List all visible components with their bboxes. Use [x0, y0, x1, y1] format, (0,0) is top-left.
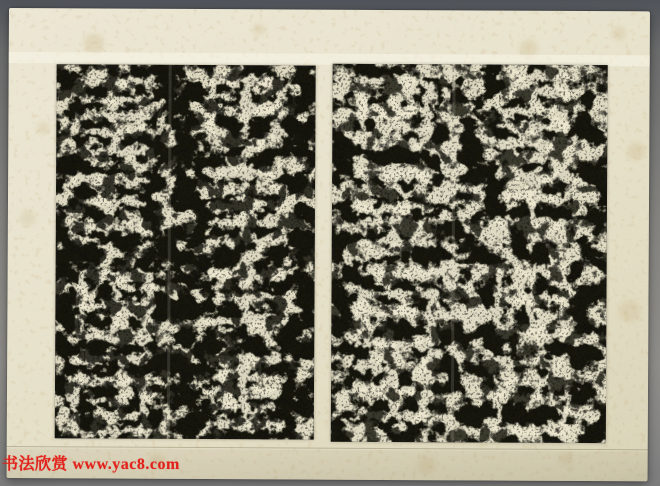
photo-of-rubbing: 书法欣赏 www.yac8.com: [0, 0, 660, 486]
right-rubbing-panel: [331, 64, 608, 443]
left-rubbing-panel: [55, 64, 316, 439]
right-panel-rubbing-texture: [331, 64, 608, 443]
watermark-text: 书法欣赏 www.yac8.com: [2, 451, 180, 474]
paper-sheet: [7, 8, 650, 481]
left-panel-rubbing-texture: [55, 64, 316, 439]
